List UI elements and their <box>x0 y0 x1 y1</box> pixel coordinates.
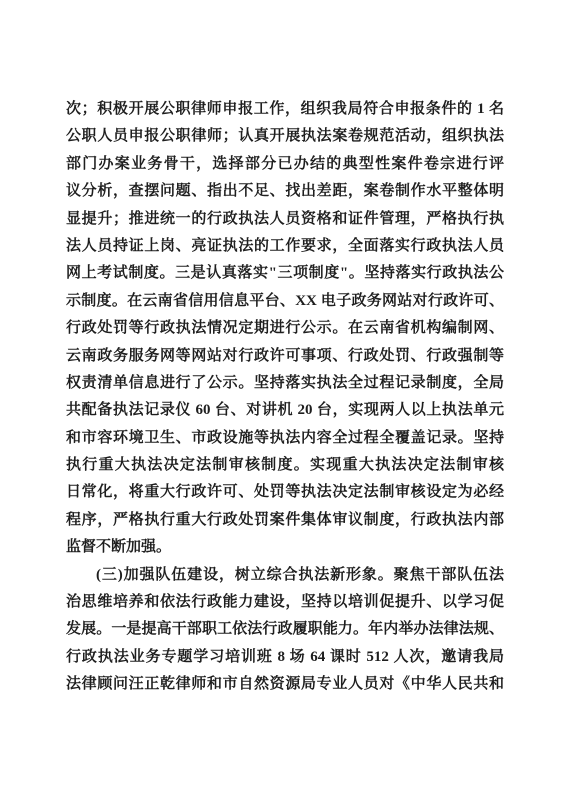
text-line: 共配备执法记录仪 60 台、对讲机 20 台，实现两人以上执法单元 <box>66 397 504 424</box>
text-line: 行政处罚等行政执法情况定期进行公示。在云南省机构编制网、 <box>66 315 504 342</box>
text-line: 法律顾问汪正乾律师和市自然资源局专业人员对《中华人民共和 <box>66 671 504 698</box>
text-line: 部门办案业务骨干，选择部分已办结的典型性案件卷宗进行评 <box>66 151 504 178</box>
document-page: 次；积极开展公职律师申报工作，组织我局符合申报条件的 1 名 公职人员申报公职律… <box>0 0 570 807</box>
text-line: 日常化，将重大行政许可、处罚等执法决定法制审核设定为必经 <box>66 479 504 506</box>
text-line: 议分析，查摆问题、指出不足、找出差距，案卷制作水平整体明 <box>66 178 504 205</box>
text-line: 网上考试制度。三是认真落实"三项制度"。坚持落实行政执法公 <box>66 260 504 287</box>
text-line: 执行重大执法决定法制审核制度。实现重大执法决定法制审核 <box>66 452 504 479</box>
text-line: 权责清单信息进行了公示。坚持落实执法全过程记录制度，全局 <box>66 370 504 397</box>
text-line: 示制度。在云南省信用信息平台、XX 电子政务网站对行政许可、 <box>66 288 504 315</box>
document-body: 次；积极开展公职律师申报工作，组织我局符合申报条件的 1 名 公职人员申报公职律… <box>66 96 504 699</box>
text-line: 发展。一是提高干部职工依法行政履职能力。年内举办法律法规、 <box>66 616 504 643</box>
text-line: 显提升；推进统一的行政执法人员资格和证件管理，严格执行执 <box>66 206 504 233</box>
text-line: 云南政务服务网等网站对行政许可事项、行政处罚、行政强制等 <box>66 343 504 370</box>
text-line: 和市容环境卫生、市政设施等执法内容全过程全覆盖记录。坚持 <box>66 425 504 452</box>
text-line-paragraph-end: 监督不断加强。 <box>66 534 504 561</box>
text-line: 程序，严格执行重大行政处罚案件集体审议制度，行政执法内部 <box>66 507 504 534</box>
text-line: 治思维培养和依法行政能力建设，坚持以培训促提升、以学习促 <box>66 589 504 616</box>
text-line: 行政执法业务专题学习培训班 8 场 64 课时 512 人次，邀请我局 <box>66 644 504 671</box>
text-line-paragraph-start: (三)加强队伍建设，树立综合执法新形象。聚焦干部队伍法 <box>66 562 504 589</box>
text-line: 法人员持证上岗、亮证执法的工作要求，全面落实行政执法人员 <box>66 233 504 260</box>
text-line: 公职人员申报公职律师；认真开展执法案卷规范活动，组织执法 <box>66 123 504 150</box>
text-line: 次；积极开展公职律师申报工作，组织我局符合申报条件的 1 名 <box>66 96 504 123</box>
